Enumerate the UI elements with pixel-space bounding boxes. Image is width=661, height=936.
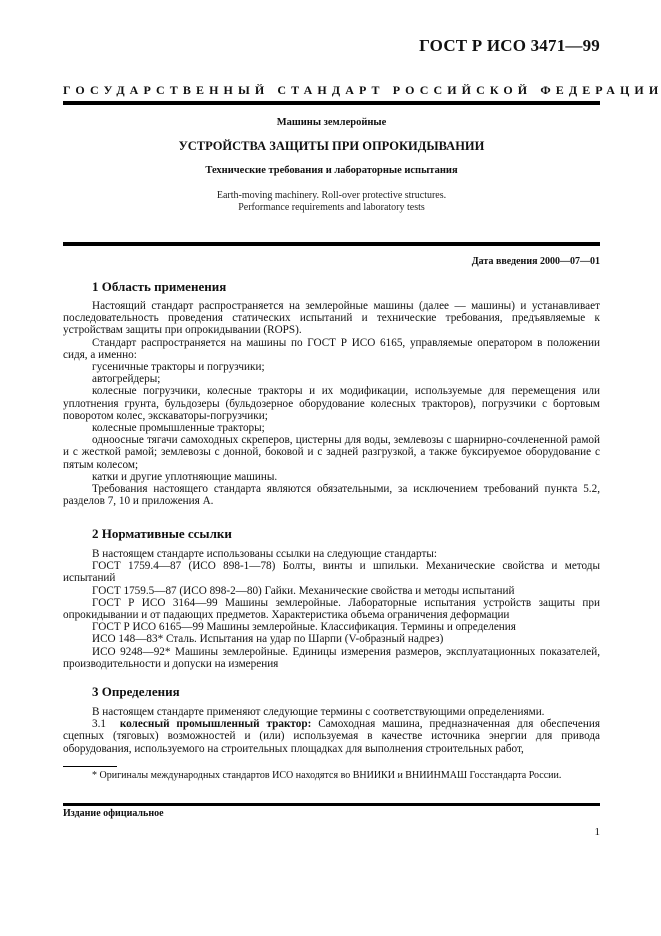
category-title: Машины землеройные <box>63 117 600 128</box>
list-item: гусеничные тракторы и погрузчики; <box>63 361 600 373</box>
list-item: катки и другие уплотняющие машины. <box>63 471 600 483</box>
official-edition-label: Издание официальное <box>63 808 164 819</box>
english-title: Earth-moving machinery. Roll-over protec… <box>63 190 600 214</box>
section-3-heading: 3 Определения <box>92 684 180 700</box>
english-title-line-1: Earth-moving machinery. Roll-over protec… <box>63 190 600 202</box>
definition-term: колесный промышленный трактор: <box>120 718 311 730</box>
definition-item: 3.1 колесный промышленный трактор: Самох… <box>63 718 600 755</box>
header-rule <box>63 101 600 105</box>
reference-item: ГОСТ Р ИСО 6165—99 Машины землеройные. К… <box>63 621 600 633</box>
list-item: одноосные тягачи самоходных скреперов, ц… <box>63 434 600 471</box>
reference-item: ИСО 148—83* Сталь. Испытания на удар по … <box>63 633 600 645</box>
definition-number: 3.1 <box>92 718 106 730</box>
main-title: УСТРОЙСТВА ЗАЩИТЫ ПРИ ОПРОКИДЫВАНИИ <box>63 139 600 154</box>
paragraph: Настоящий стандарт распространяется на з… <box>63 300 600 337</box>
paragraph: Стандарт распространяется на машины по Г… <box>63 337 600 361</box>
english-title-line-2: Performance requirements and laboratory … <box>63 202 600 214</box>
list-item: автогрейдеры; <box>63 373 600 385</box>
footnote: * Оригиналы международных стандартов ИСО… <box>63 770 600 782</box>
state-standard-banner: ГОСУДАРСТВЕННЫЙ СТАНДАРТ РОССИЙСКОЙ ФЕДЕ… <box>63 83 600 98</box>
reference-item: ГОСТ 1759.5—87 (ИСО 898-2—80) Гайки. Мех… <box>63 585 600 597</box>
reference-item: ГОСТ 1759.4—87 (ИСО 898-1—78) Болты, вин… <box>63 560 600 584</box>
list-item: колесные промышленные тракторы; <box>63 422 600 434</box>
introduction-date: Дата введения 2000—07—01 <box>472 256 600 267</box>
document-code: ГОСТ Р ИСО 3471—99 <box>419 36 600 56</box>
list-item: колесные погрузчики, колесные тракторы и… <box>63 385 600 422</box>
section-1-heading: 1 Область применения <box>92 279 226 295</box>
title-rule <box>63 242 600 246</box>
footnote-rule <box>63 766 117 767</box>
page-number: 1 <box>595 826 601 838</box>
reference-item: ГОСТ Р ИСО 3164—99 Машины землеройные. Л… <box>63 597 600 621</box>
reference-item: ИСО 9248—92* Машины землеройные. Единицы… <box>63 646 600 670</box>
section-3-body: В настоящем стандарте применяют следующи… <box>63 706 600 755</box>
paragraph: В настоящем стандарте применяют следующи… <box>63 706 600 718</box>
footnote-text: * Оригиналы международных стандартов ИСО… <box>63 770 600 782</box>
section-2-heading: 2 Нормативные ссылки <box>92 526 232 542</box>
subtitle: Технические требования и лабораторные ис… <box>63 165 600 176</box>
paragraph: В настоящем стандарте использованы ссылк… <box>63 548 600 560</box>
paragraph: Требования настоящего стандарта являются… <box>63 483 600 507</box>
section-1-body: Настоящий стандарт распространяется на з… <box>63 300 600 507</box>
section-2-body: В настоящем стандарте использованы ссылк… <box>63 548 600 670</box>
footer-rule <box>63 803 600 806</box>
